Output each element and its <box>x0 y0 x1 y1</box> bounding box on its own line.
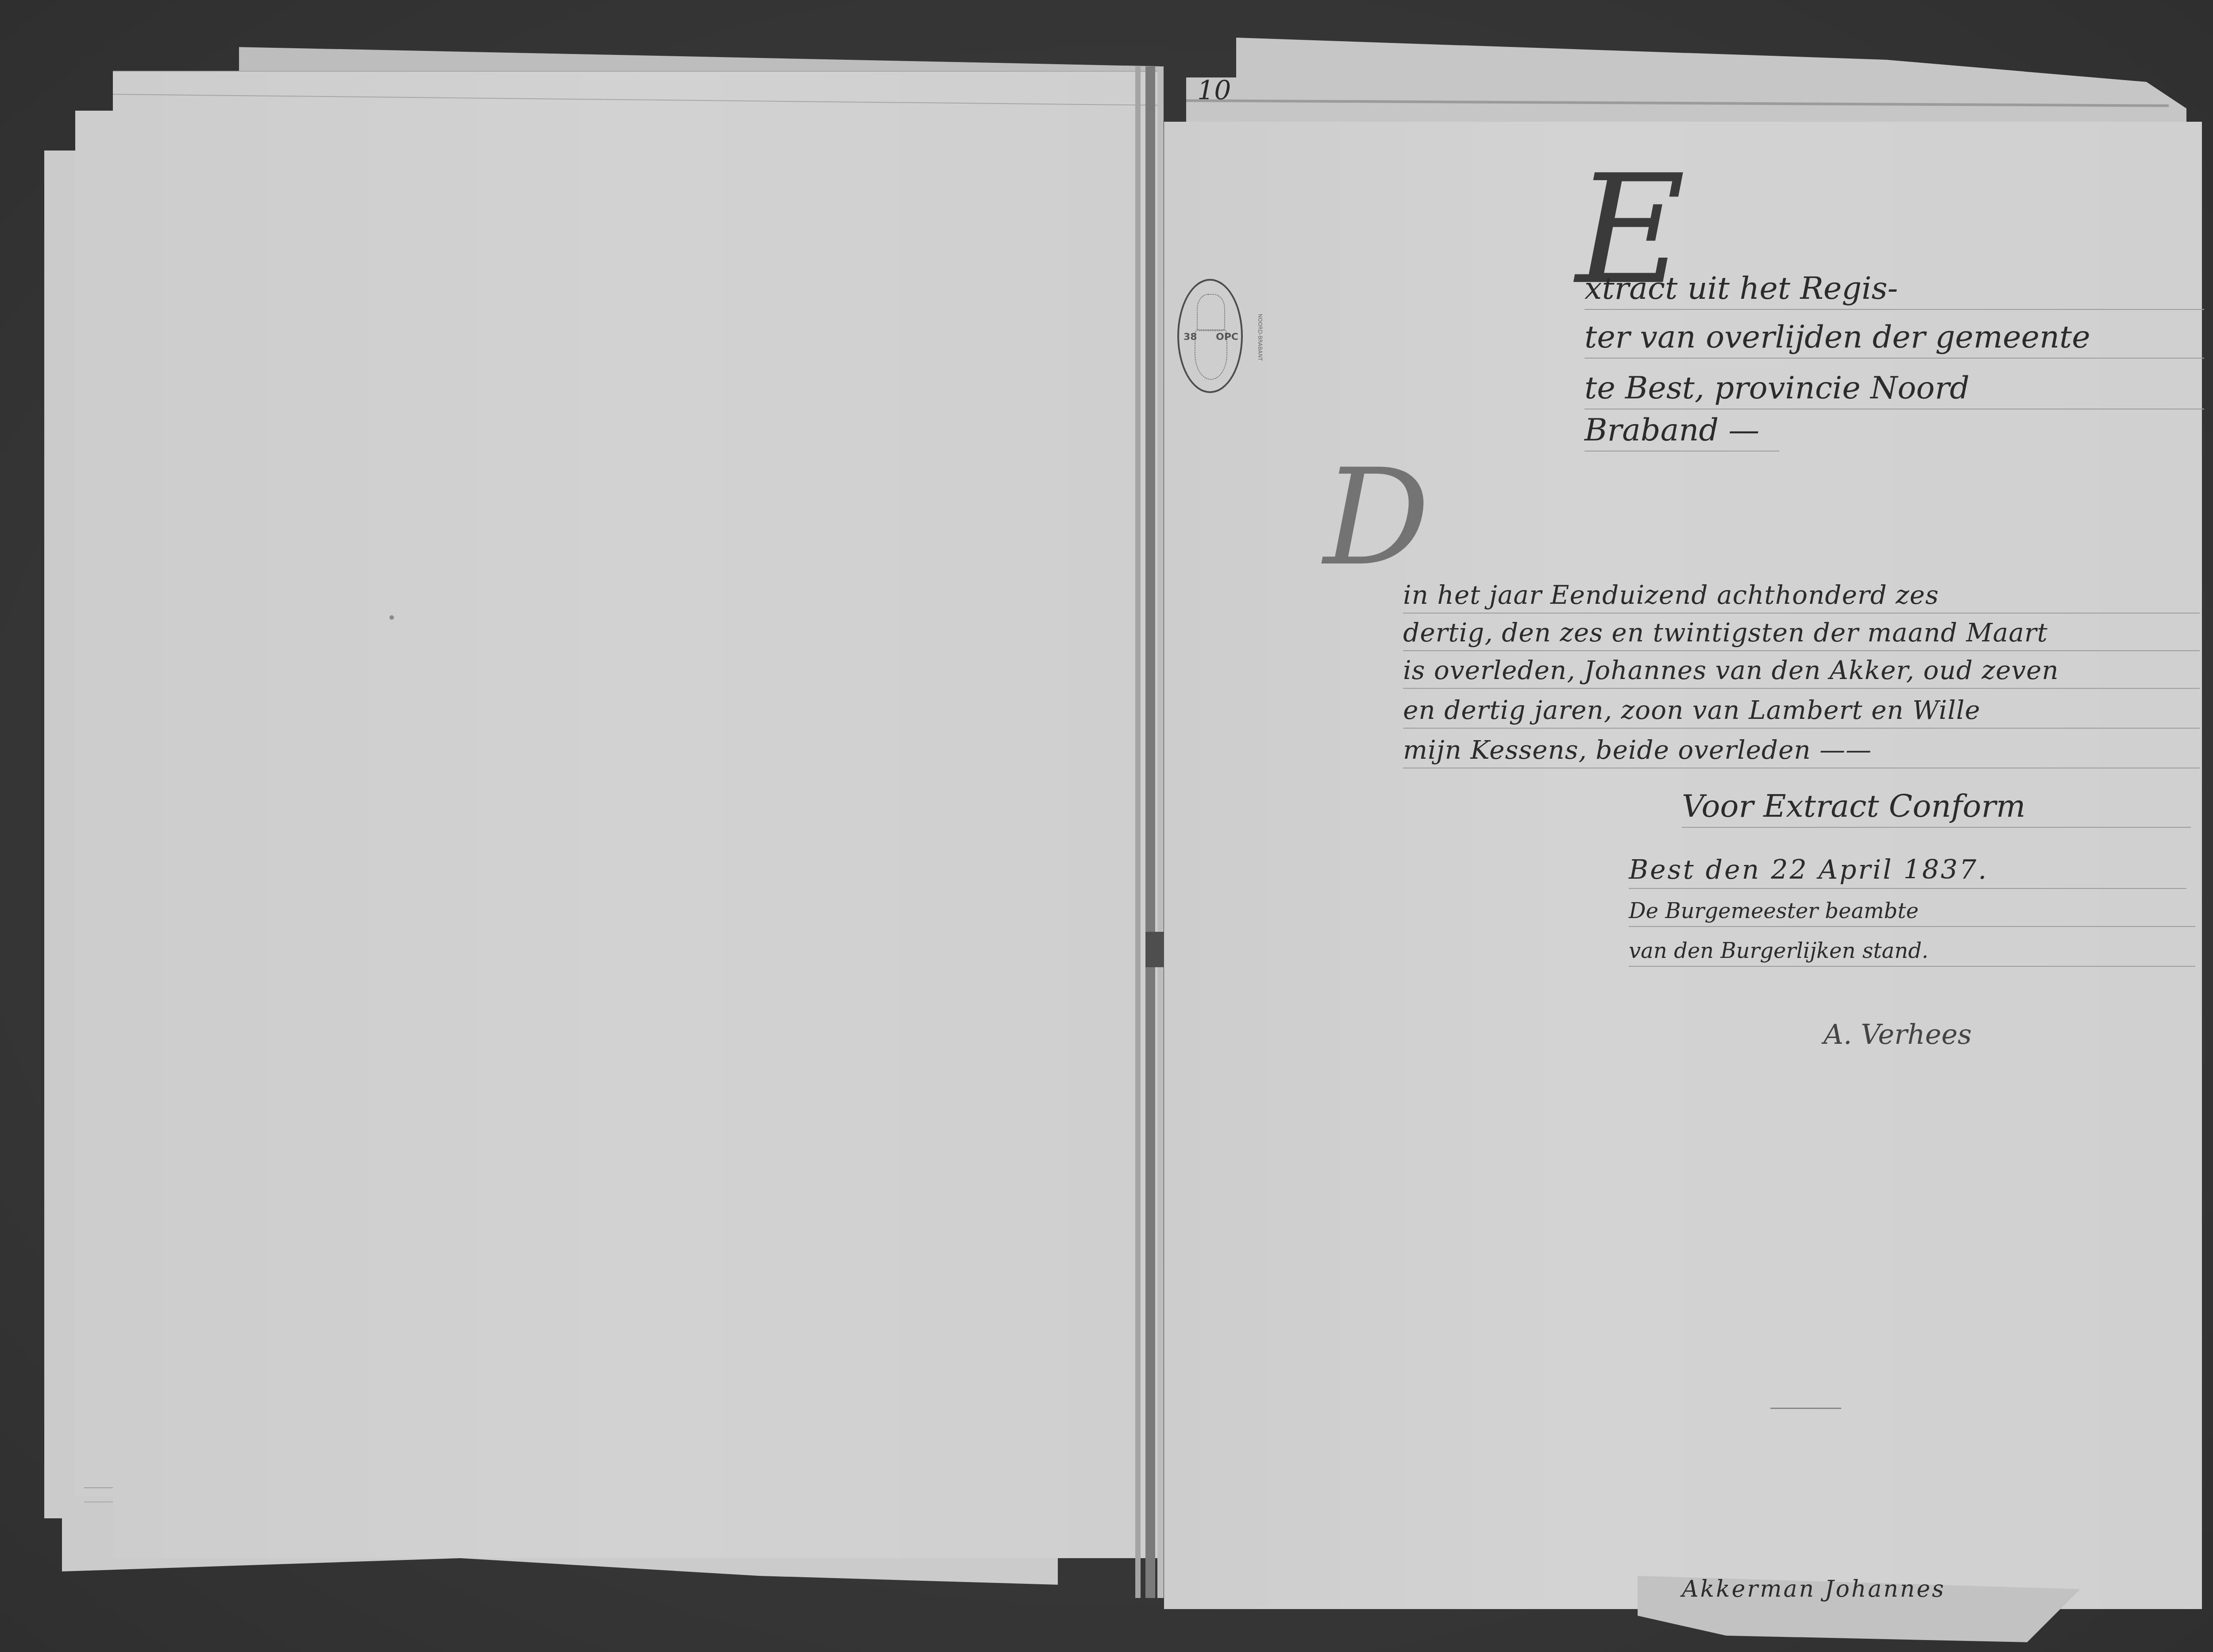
heading-line-1: xtract uit het Regis- <box>1585 270 2204 310</box>
signatory-title-2: van den Burgerlijken stand. <box>1629 938 2195 967</box>
heading-line-3: te Best, provincie Noord <box>1585 370 2204 409</box>
body-line-5: mijn Kessens, beide overleden —— <box>1403 735 2200 768</box>
body-initial: D <box>1323 452 1430 584</box>
body-line-3: is overleden, Johannes van den Akker, ou… <box>1403 655 2200 689</box>
bottom-slip-text: Akkerman Johannes <box>1682 1576 1946 1602</box>
pencil-dash-mark <box>1770 1408 1841 1409</box>
signatory-title-1: De Burgemeester beambte <box>1629 899 2195 927</box>
stamp-value-right: OPC <box>1216 332 1238 343</box>
left-page <box>113 71 1157 1558</box>
spine-binding <box>1145 66 1155 1598</box>
gutter-shadow <box>1135 66 1141 1598</box>
heading-line-4: Braband — <box>1585 412 1779 452</box>
spine-edge <box>1157 66 1164 1598</box>
signature: A. Verhees <box>1824 1018 1972 1050</box>
body-line-2: dertig, den zes en twintigsten der maand… <box>1403 618 2200 651</box>
body-line-4: en dertig jaren, zoon van Lambert en Wil… <box>1403 695 2200 729</box>
tax-stamp: NOORD-BRABANT 38 OPC <box>1177 279 1243 393</box>
date-line: Best den 22 April 1837. <box>1629 854 2186 889</box>
heading-line-2: ter van overlijden der gemeente <box>1585 319 2204 359</box>
body-line-1: in het jaar Eenduizend achthonderd zes <box>1403 580 2200 614</box>
left-page-top-crease <box>113 94 1157 106</box>
paper-speck <box>389 615 394 620</box>
closing-formula: Voor Extract Conform <box>1682 788 2191 828</box>
stamp-value-left: 38 <box>1184 332 1197 343</box>
page-number: 10 <box>1197 75 1231 106</box>
binding-tape <box>1145 932 1165 967</box>
stamp-ring-text: NOORD-BRABANT <box>1257 306 1263 368</box>
crown-icon <box>1197 294 1225 331</box>
